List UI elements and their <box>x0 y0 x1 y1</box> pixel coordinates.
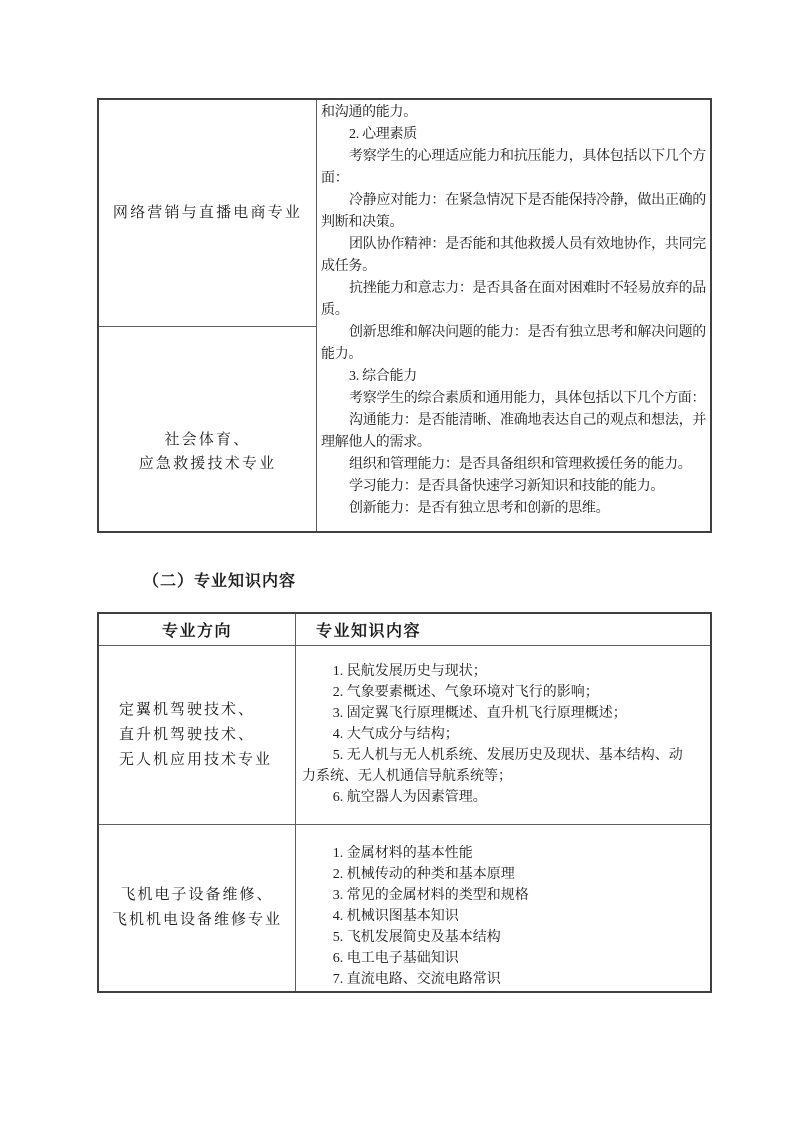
major-name-line: 社会体育、 <box>164 428 250 452</box>
major-cell-aviation-pilot: 定翼机驾驶技术、直升机驾驶技术、无人机应用技术专业 <box>99 646 296 825</box>
major-name-line: 无人机应用技术专业 <box>119 748 272 773</box>
knowledge-item: 6. 电工电子基础知识 <box>302 948 686 969</box>
knowledge-table-header-major: 专业方向 <box>99 614 296 646</box>
criteria-paragraph: 学习能力：是否具备快速学习新知识和技能的能力。 <box>321 476 706 498</box>
assessment-table: 网络营销与直播电商专业 社会体育、应急救援技术专业 和沟通的能力。2. 心理素质… <box>97 98 712 533</box>
criteria-paragraph: 创新能力：是否有独立思考和创新的思维。 <box>321 498 706 520</box>
criteria-paragraph: 考察学生的综合素质和通用能力，具体包括以下几个方面： <box>321 388 706 410</box>
knowledge-item: 4. 大气成分与结构； <box>302 724 686 745</box>
major-name-line: 飞机电子设备维修、 <box>120 883 273 908</box>
knowledge-item: 1. 民航发展历史与现状； <box>302 661 686 682</box>
criteria-paragraph: 组织和管理能力：是否具备组织和管理救援任务的能力。 <box>321 454 706 476</box>
criteria-paragraph: 冷静应对能力：在紧急情况下是否能保持冷静，做出正确的判断和决策。 <box>321 190 706 234</box>
major-name-line: 飞机机电设备维修专业 <box>112 908 282 933</box>
knowledge-item: 2. 机械传动的种类和基本原理 <box>302 864 686 885</box>
criteria-paragraph: 考察学生的心理适应能力和抗压能力，具体包括以下几个方面： <box>321 146 706 190</box>
knowledge-item: 1. 金属材料的基本性能 <box>302 843 686 864</box>
knowledge-item: 5. 无人机与无人机系统、发展历史及现状、基本结构、动力系统、无人机通信导航系统… <box>302 745 686 787</box>
assessment-criteria-cell: 和沟通的能力。2. 心理素质考察学生的心理适应能力和抗压能力，具体包括以下几个方… <box>317 100 710 531</box>
criteria-paragraph: 2. 心理素质 <box>321 124 706 146</box>
knowledge-item: 2. 气象要素概述、气象环境对飞行的影响； <box>302 682 686 703</box>
knowledge-item: 6. 航空器人为因素管理。 <box>302 787 686 808</box>
major-cell-aircraft-maintenance: 飞机电子设备维修、飞机机电设备维修专业 <box>99 825 296 991</box>
knowledge-table-header-content: 专业知识内容 <box>296 614 710 646</box>
knowledge-item: 7. 直流电路、交流电路常识 <box>302 969 686 990</box>
criteria-paragraph: 抗挫能力和意志力：是否具备在面对困难时不轻易放弃的品质。 <box>321 278 706 322</box>
section-heading: （二）专业知识内容 <box>143 571 712 593</box>
criteria-paragraph: 创新思维和解决问题的能力：是否有独立思考和解决问题的能力。 <box>321 322 706 366</box>
header-label: 专业方向 <box>162 618 232 641</box>
knowledge-item: 4. 机械识图基本知识 <box>302 906 686 927</box>
knowledge-item: 3. 常见的金属材料的类型和规格 <box>302 885 686 906</box>
criteria-paragraph: 团队协作精神：是否能和其他救援人员有效地协作，共同完成任务。 <box>321 234 706 278</box>
criteria-paragraph: 3. 综合能力 <box>321 366 706 388</box>
document-page: 网络营销与直播电商专业 社会体育、应急救援技术专业 和沟通的能力。2. 心理素质… <box>0 0 793 1122</box>
major-name-line: 定翼机驾驶技术、 <box>119 698 255 723</box>
knowledge-table: 专业方向 专业知识内容 定翼机驾驶技术、直升机驾驶技术、无人机应用技术专业 1.… <box>97 612 712 993</box>
page-content: 网络营销与直播电商专业 社会体育、应急救援技术专业 和沟通的能力。2. 心理素质… <box>97 98 712 993</box>
major-cell-ecommerce: 网络营销与直播电商专业 <box>99 100 316 327</box>
header-label: 专业知识内容 <box>316 618 421 641</box>
major-name-line: 应急救援技术专业 <box>139 452 277 476</box>
knowledge-items-aircraft-maintenance: 1. 金属材料的基本性能2. 机械传动的种类和基本原理3. 常见的金属材料的类型… <box>296 825 710 991</box>
assessment-table-major-column: 网络营销与直播电商专业 社会体育、应急救援技术专业 <box>99 100 317 531</box>
major-name-line: 直升机驾驶技术、 <box>119 723 255 748</box>
knowledge-items-aviation-pilot: 1. 民航发展历史与现状；2. 气象要素概述、气象环境对飞行的影响；3. 固定翼… <box>296 646 710 825</box>
criteria-paragraph: 沟通能力：是否能清晰、准确地表达自己的观点和想法，并理解他人的需求。 <box>321 410 706 454</box>
major-cell-sports-rescue: 社会体育、应急救援技术专业 <box>99 327 316 531</box>
major-name-line: 网络营销与直播电商专业 <box>113 201 302 225</box>
knowledge-item: 5. 飞机发展简史及基本结构 <box>302 927 686 948</box>
criteria-paragraph: 和沟通的能力。 <box>321 102 706 124</box>
knowledge-item: 3. 固定翼飞行原理概述、直升机飞行原理概述； <box>302 703 686 724</box>
